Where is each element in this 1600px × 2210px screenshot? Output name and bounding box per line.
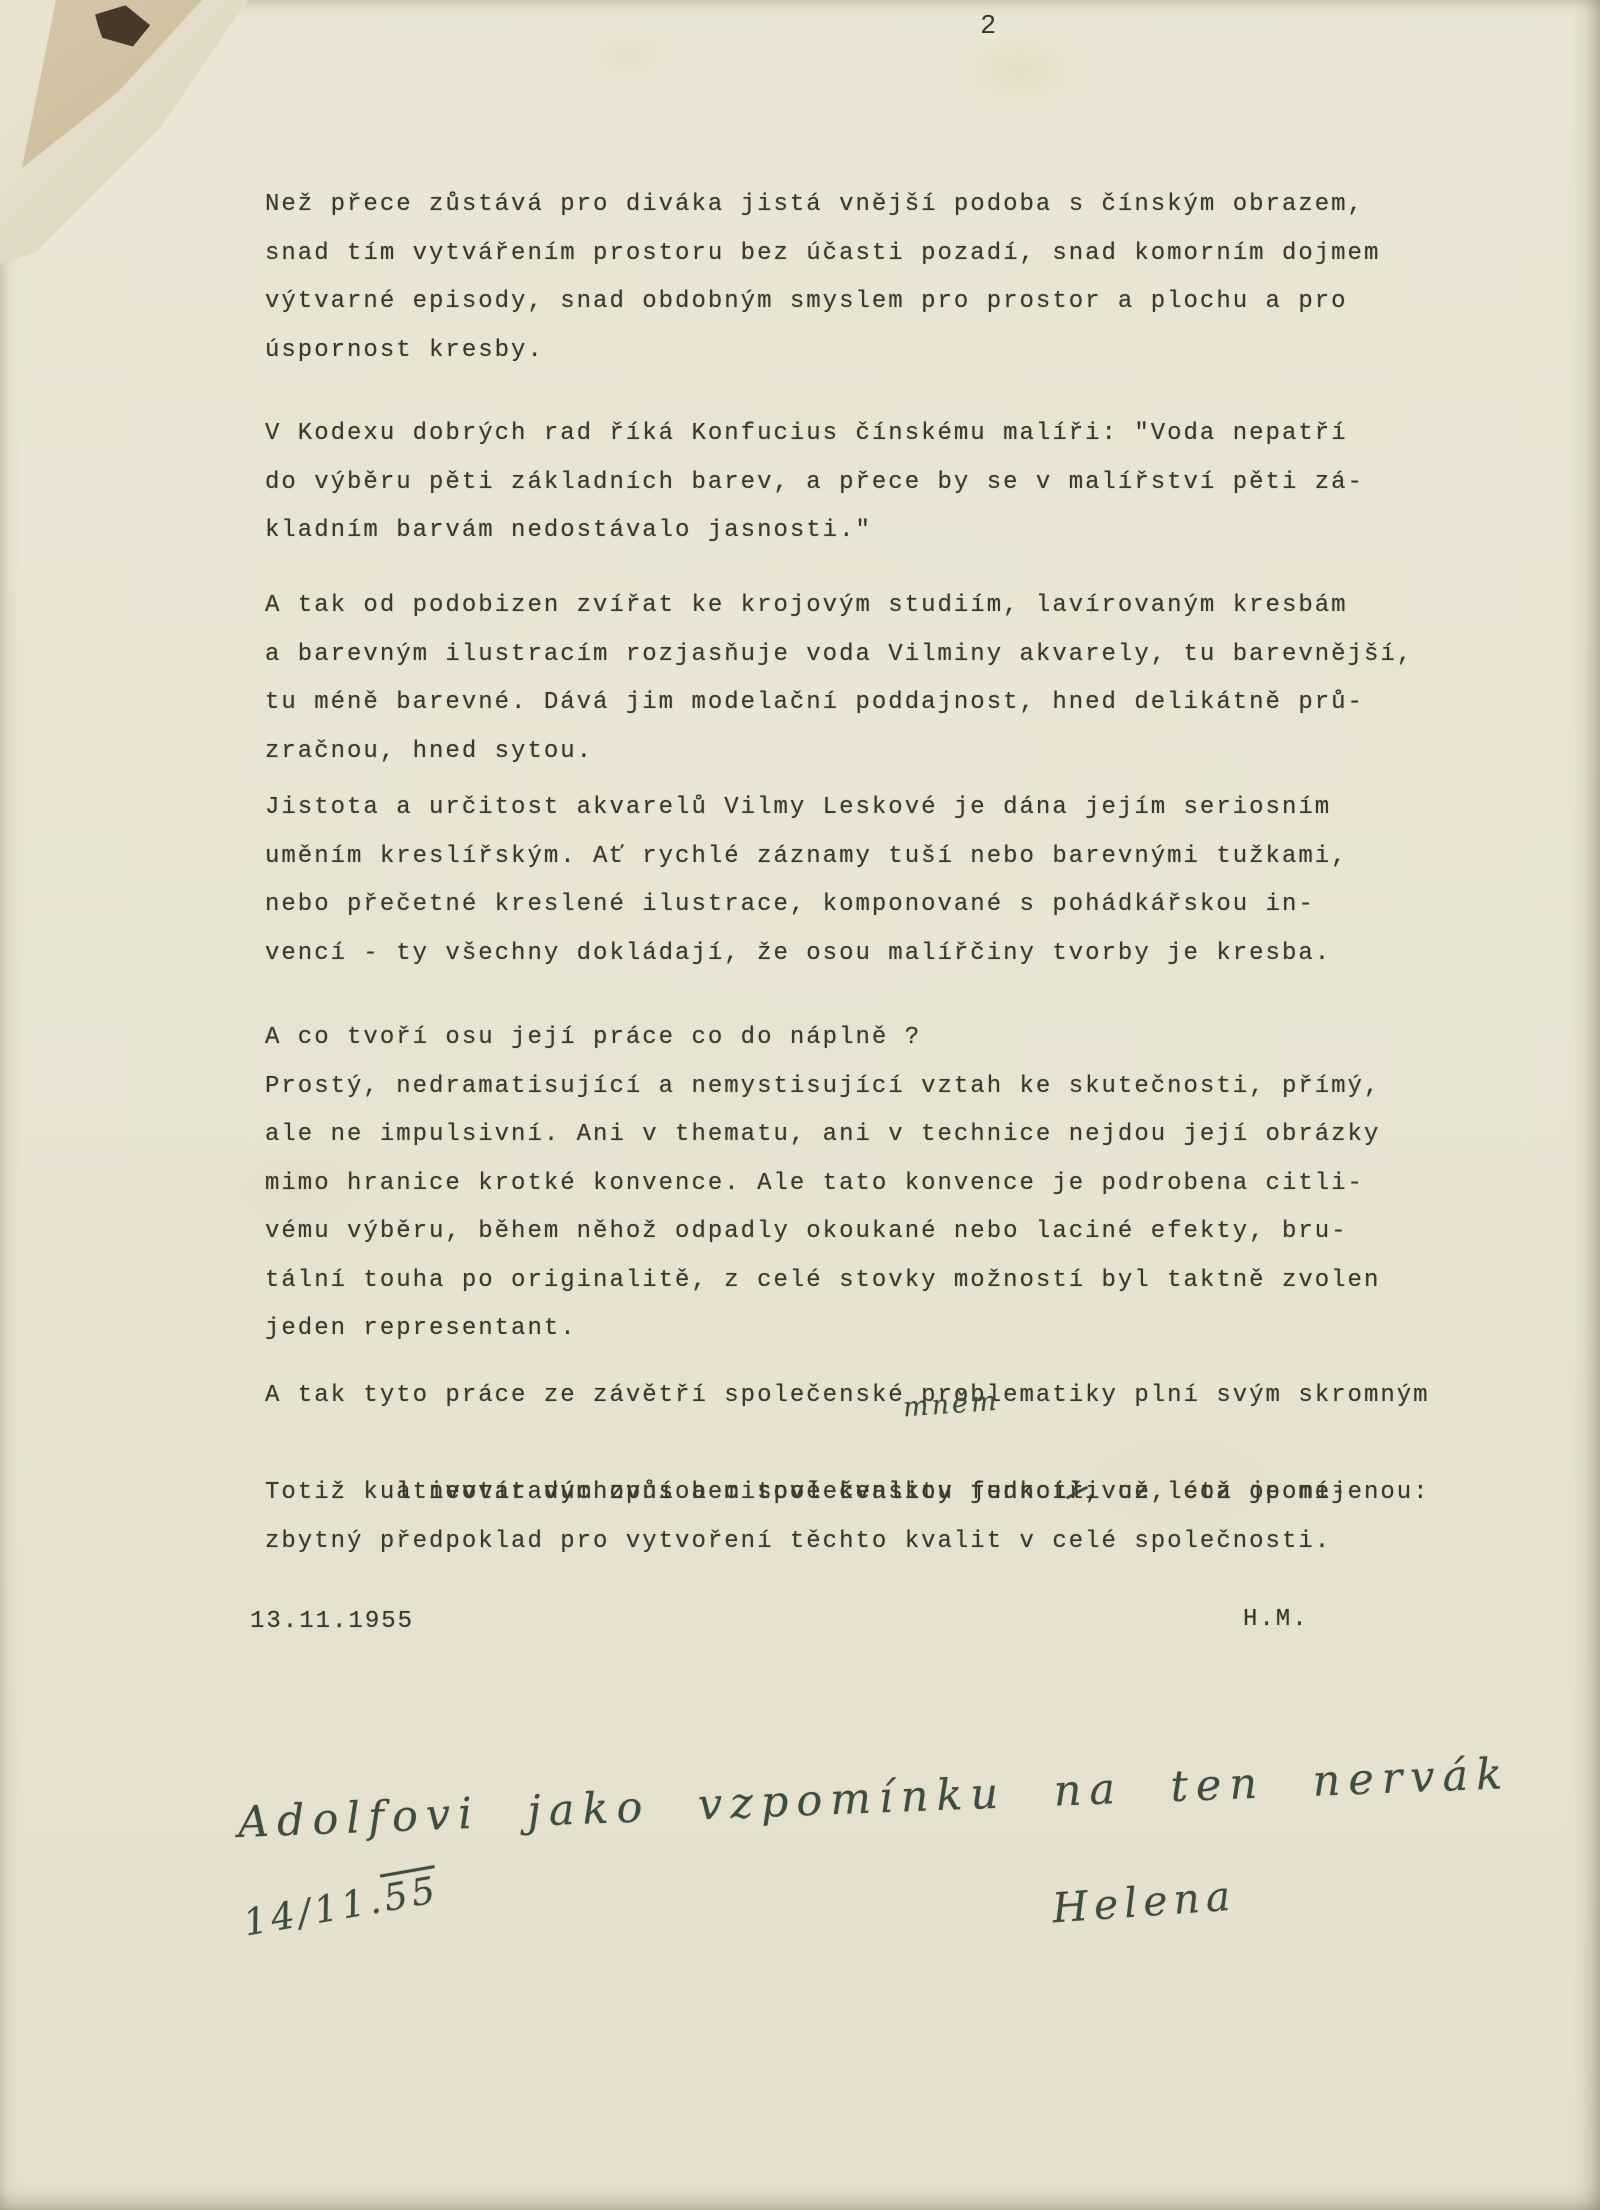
typed-line: V Kodexu dobrých rad říká Konfucius číns… [265, 410, 1525, 459]
typed-paragraph: A co tvoří osu její práce co do náplně ?… [265, 1014, 1525, 1354]
handwritten-date: 14/11.55 [240, 1868, 442, 1945]
typed-line: Než přece zůstává pro diváka jistá vnějš… [265, 181, 1525, 230]
typed-line: ale ne impulsivní. Ani v thematu, ani v … [265, 1111, 1525, 1160]
typed-line: tu méně barevné. Dává jim modelační podd… [265, 679, 1525, 728]
typed-line-with-correction: a nevtíravým způsobem společenskou funkc… [265, 1421, 1525, 1470]
typed-line: A tak tyto práce ze závětří společenské … [265, 1372, 1525, 1421]
typed-line: Prostý, nedramatisující a nemystisující … [265, 1063, 1525, 1112]
typed-line: uměním kreslířským. Ať rychlé záznamy tu… [265, 833, 1525, 882]
typed-paragraph: V Kodexu dobrých rad říká Konfucius číns… [265, 410, 1525, 556]
typed-line: výtvarné episody, snad obdobným smyslem … [265, 278, 1525, 327]
typed-line: úspornost kresby. [265, 327, 1525, 376]
scanned-typescript-page: 2 Než přece zůstává pro diváka jistá vně… [0, 0, 1600, 2210]
handwritten-date-overlined: 55 [380, 1868, 442, 1920]
correction-post-text: , už léta opomíjenou: [1085, 1479, 1429, 1506]
struck-character: ř [1069, 1469, 1085, 1518]
typed-line: do výběru pěti základních barev, a přece… [265, 459, 1525, 508]
typed-line: Jistota a určitost akvarelů Vilmy Leskov… [265, 784, 1525, 833]
typed-paragraph: Jistota a určitost akvarelů Vilmy Leskov… [265, 784, 1525, 978]
typed-line: zbytný předpoklad pro vytvoření těchto k… [265, 1518, 1525, 1567]
handwritten-date-main: 14/11. [240, 1878, 388, 1945]
typed-paragraph: A tak od podobizen zvířat ke krojovým st… [265, 582, 1525, 776]
handwritten-signature: Helena [1051, 1872, 1238, 1933]
typed-line: A tak od podobizen zvířat ke krojovým st… [265, 582, 1525, 631]
typed-line: zračnou, hned sytou. [265, 728, 1525, 777]
typed-line: snad tím vytvářením prostoru bez účasti … [265, 230, 1525, 279]
torn-paper-corner [0, 0, 280, 280]
typed-line: vému výběru, během něhož odpadly okoukan… [265, 1208, 1525, 1257]
author-initials: H.M. [1243, 1606, 1309, 1633]
typed-line: nebo přečetné kreslené ilustrace, kompon… [265, 881, 1525, 930]
typed-line: vencí - ty všechny dokládají, že osou ma… [265, 930, 1525, 979]
typed-line: mimo hranice krotké konvence. Ale tato k… [265, 1160, 1525, 1209]
typed-line: a barevným ilustracím rozjasňuje voda Vi… [265, 631, 1525, 680]
page-number: 2 [980, 12, 998, 42]
typed-paragraph: Než přece zůstává pro diváka jistá vnějš… [265, 181, 1525, 375]
typed-line: jeden representant. [265, 1305, 1525, 1354]
typed-paragraph: A tak tyto práce ze závětří společenské … [265, 1372, 1525, 1566]
handwritten-dedication: Adolfovi jako vzpomínku na ten nervák [237, 1752, 1438, 1848]
typed-line: A co tvoří osu její práce co do náplně ? [265, 1014, 1525, 1063]
typed-line: tální touha po originalitě, z celé stovk… [265, 1257, 1525, 1306]
typed-line: kladním barvám nedostávalo jasnosti." [265, 507, 1525, 556]
correction-pre-text: a nevtíravým způsobem společenskou funkc… [396, 1479, 1069, 1506]
typed-date: 13.11.1955 [250, 1608, 414, 1635]
